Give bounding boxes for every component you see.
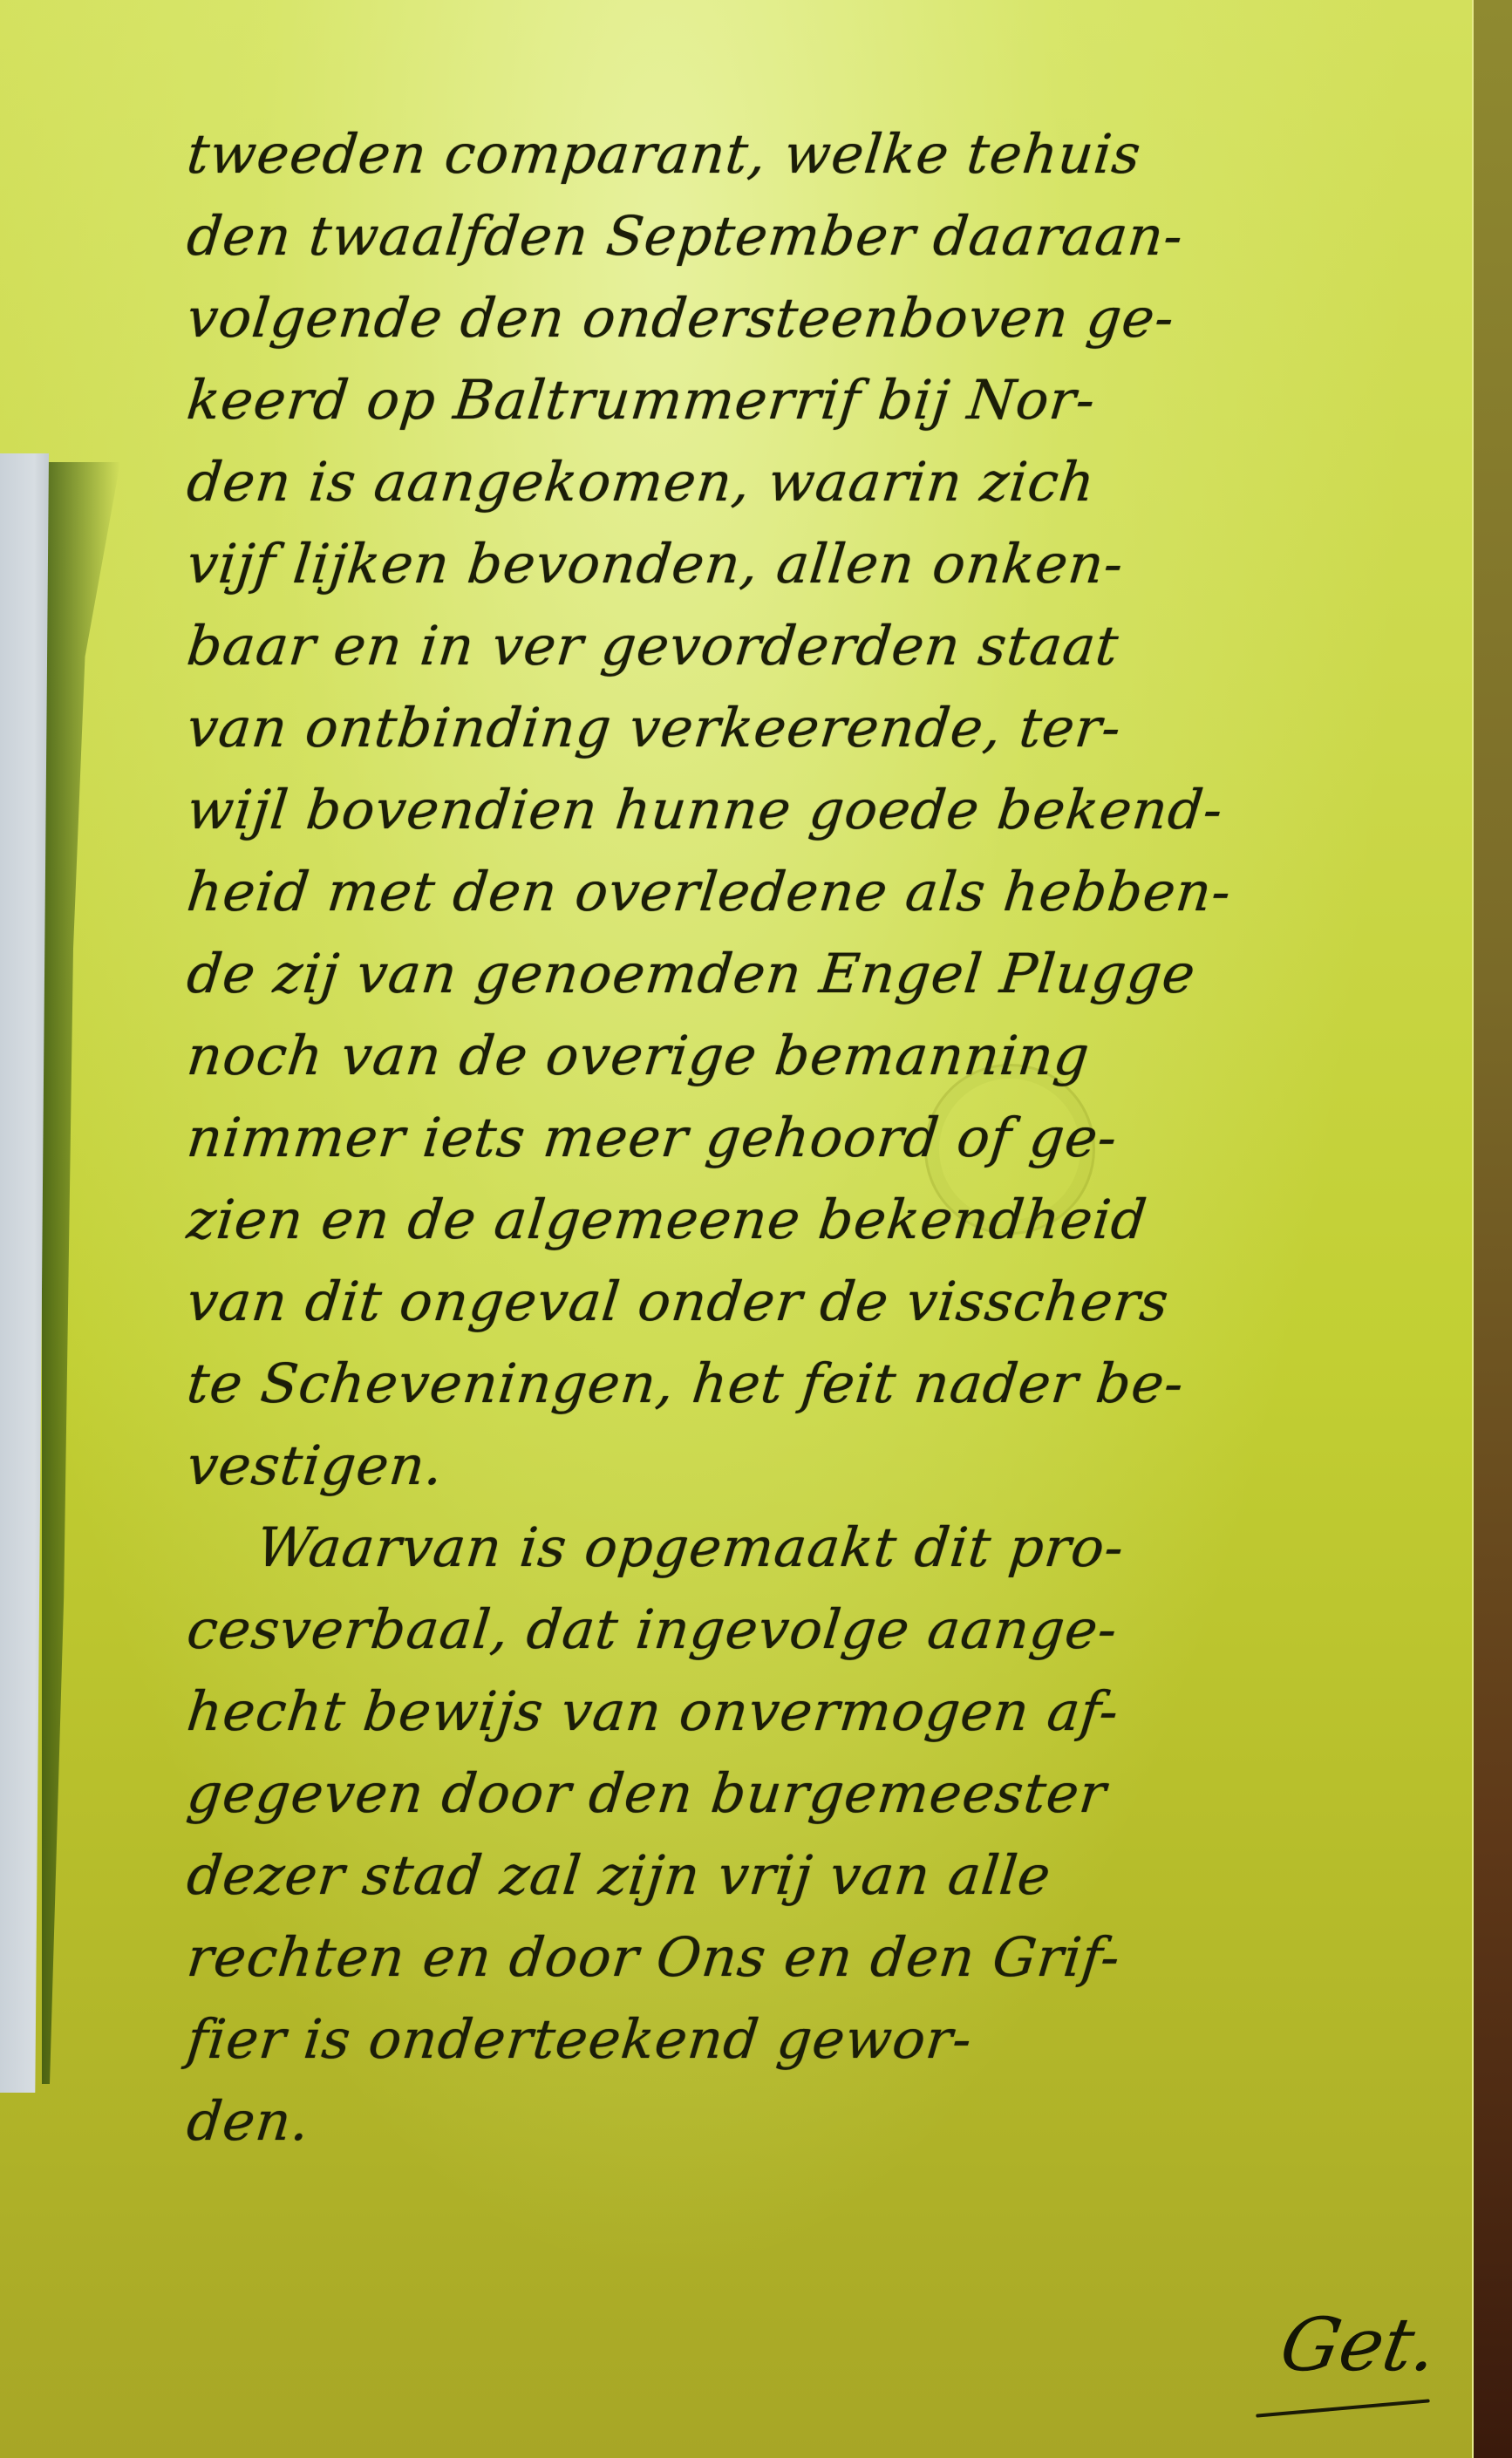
text-line: cesverbaal, dat ingevolge aange-	[183, 1589, 1465, 1671]
text-line: heid met den overledene als hebben-	[183, 851, 1465, 933]
text-line: vestigen.	[183, 1425, 1465, 1507]
text-line: den is aangekomen, waarin zich	[183, 441, 1465, 523]
text-line: rechten en door Ons en den Grif-	[183, 1917, 1465, 1998]
paragraph-start-line: Waarvan is opgemaakt dit pro-	[183, 1507, 1465, 1589]
text-line: wijl bovendien hunne goede bekend-	[183, 769, 1465, 851]
text-line: fier is onderteekend gewor-	[183, 1998, 1465, 2080]
page-edge-strip	[1472, 0, 1512, 2458]
text-line: gegeven door den burgemeester	[183, 1753, 1465, 1835]
text-line: te Scheveningen, het feit nader be-	[183, 1343, 1465, 1425]
text-line: noch van de overige bemanning	[183, 1015, 1465, 1097]
handwritten-text: tweeden comparant, welke tehuis den twaa…	[187, 113, 1461, 2162]
text-line: nimmer iets meer gehoord of ge-	[183, 1097, 1465, 1179]
text-line: hecht bewijs van onvermogen af-	[183, 1671, 1465, 1753]
text-line: tweeden comparant, welke tehuis	[183, 113, 1465, 195]
text-line: den.	[183, 2080, 1465, 2162]
text-line: volgende den ondersteenboven ge-	[183, 277, 1465, 359]
text-line: den twaalfden September daaraan-	[183, 195, 1465, 277]
text-line: zien en de algemeene bekendheid	[183, 1179, 1465, 1261]
text-line: vijf lijken bevonden, allen onken-	[183, 523, 1465, 605]
signature: Get.	[1274, 2302, 1444, 2387]
text-line: van ontbinding verkeerende, ter-	[183, 687, 1465, 769]
text-line: keerd op Baltrummerrif bij Nor-	[183, 359, 1465, 441]
text-line: dezer stad zal zijn vrij van alle	[183, 1835, 1465, 1917]
text-line: baar en in ver gevorderden staat	[183, 605, 1465, 687]
text-line: van dit ongeval onder de visschers	[183, 1261, 1465, 1343]
text-line: de zij van genoemden Engel Plugge	[183, 933, 1465, 1015]
